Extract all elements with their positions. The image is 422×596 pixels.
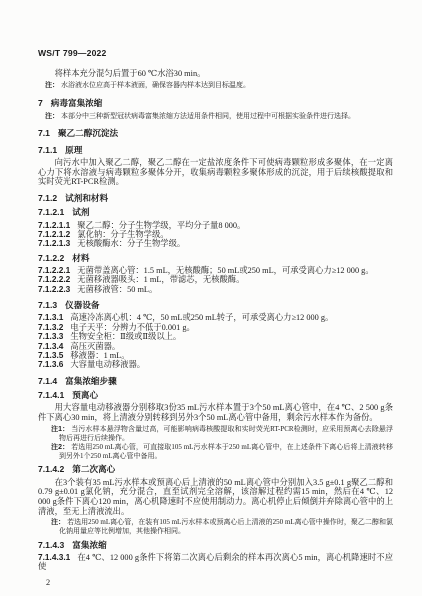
heading-title: 仪器设备 bbox=[65, 300, 99, 310]
clause-text: 无菌带盖离心管：1.5 mL，无核酸酶；50 mL或250 mL，可承受离心力≥… bbox=[77, 266, 373, 275]
paragraph-second-centrifugation: 在3个装有35 mL污水样本或预离心后上清液的50 mL离心管中分别加入3.5 … bbox=[38, 478, 393, 517]
clause-7-1-2-1-3: 7.1.2.1.3无核酸酶水：分子生物学级。 bbox=[38, 239, 393, 248]
clause-text: 氯化钠：分子生物学级。 bbox=[77, 230, 168, 239]
clause-number: 7.1.2.2.3 bbox=[38, 284, 70, 294]
clause-7-1-3-3: 7.1.3.3生物安全柜：Ⅱ级或Ⅱ级以上。 bbox=[38, 332, 393, 341]
note-label: 注： bbox=[45, 113, 59, 120]
heading-7-1-4-3-enrichment: 7.1.4.3富集浓缩 bbox=[38, 540, 393, 550]
heading-7-1-4-2-second-centrifugation: 7.1.4.2第二次离心 bbox=[38, 464, 393, 474]
note-text: 若选用250 mL离心管，在装有105 mL污水样本或预离心后上清液的250 m… bbox=[59, 518, 393, 535]
note-2-precentrifugation: 注2：若选用250 mL离心管，可直接取105 mL污水样本于250 mL离心管… bbox=[38, 443, 393, 460]
heading-number: 7.1.2 bbox=[38, 193, 57, 203]
heading-7-1-4-procedure: 7.1.4富集浓缩步骤 bbox=[38, 376, 393, 386]
note-text: 若选用250 mL离心管，可直接取105 mL污水样本于250 mL离心管中，在… bbox=[59, 443, 393, 460]
clause-7-1-2-1-2: 7.1.2.1.2氯化钠：分子生物学级。 bbox=[38, 230, 393, 239]
page-content: WS/T 799—2022 将样本充分混匀后置于60 ℃水浴30 min。 注：… bbox=[38, 48, 393, 587]
heading-title: 预离心 bbox=[72, 390, 98, 400]
heading-7-1-4-1-precentrifugation: 7.1.4.1预离心 bbox=[38, 390, 393, 400]
heading-7-1-2-reagents-materials: 7.1.2试剂和材料 bbox=[38, 193, 393, 203]
clause-text: 电子天平：分辨力不低于0.001 g。 bbox=[70, 323, 194, 332]
clause-7-1-3-4: 7.1.3.4高压灭菌器。 bbox=[38, 342, 393, 351]
page-number: 2 bbox=[38, 578, 393, 587]
clause-7-1-4-3-1: 7.1.4.3.1在4 ℃、12 000 g条件下将第二次离心后剩余的样本再次离… bbox=[38, 553, 393, 572]
heading-number: 7.1.2.2 bbox=[38, 253, 64, 263]
clause-number: 7.1.2.1.3 bbox=[38, 238, 70, 248]
standard-number: WS/T 799—2022 bbox=[38, 48, 393, 58]
heading-title: 聚乙二醇沉淀法 bbox=[58, 128, 118, 138]
clause-text: 聚乙二醇：分子生物学级，平均分子量8 000。 bbox=[77, 221, 245, 230]
clause-text: 无菌移液管：50 mL。 bbox=[77, 285, 157, 294]
paragraph-water-bath: 将样本充分混匀后置于60 ℃水浴30 min。 bbox=[38, 69, 393, 79]
document-page: WS/T 799—2022 将样本充分混匀后置于60 ℃水浴30 min。 注：… bbox=[0, 0, 422, 596]
heading-title: 原理 bbox=[65, 145, 82, 155]
heading-number: 7.1.4.3 bbox=[38, 540, 64, 550]
heading-title: 病毒富集浓缩 bbox=[51, 98, 103, 108]
note-label: 注2： bbox=[51, 444, 69, 451]
heading-number: 7.1.4.1 bbox=[38, 390, 64, 400]
clause-text: 高速冷冻离心机：4 ℃，50 mL或250 mL转子，可承受离心力≥12 000… bbox=[70, 313, 333, 322]
clause-text: 无核酸酶水：分子生物学级。 bbox=[77, 239, 185, 248]
clause-text: 在4 ℃、12 000 g条件下将第二次离心后剩余的样本再次离心5 min，离心… bbox=[38, 553, 393, 571]
clause-text: 高压灭菌器。 bbox=[70, 342, 120, 351]
clause-7-1-3-5: 7.1.3.5移液器：1 mL。 bbox=[38, 351, 393, 360]
note-1-precentrifugation: 注1：当污水样本悬浮物含量过高，可能影响病毒核酸提取和实时荧光RT-PCR检测时… bbox=[38, 425, 393, 442]
heading-title: 富集浓缩步骤 bbox=[65, 376, 117, 386]
heading-7-1-2-1-reagents: 7.1.2.1试剂 bbox=[38, 207, 393, 217]
clause-number: 7.1.3.6 bbox=[38, 359, 63, 369]
heading-title: 试剂和材料 bbox=[65, 193, 108, 203]
note-label: 注1： bbox=[51, 426, 69, 433]
heading-title: 试剂 bbox=[72, 207, 89, 217]
clause-number: 7.1.3.1 bbox=[38, 312, 63, 322]
clause-text: 无菌移液器吸头：1 mL，带滤芯，无核酸酶。 bbox=[77, 275, 244, 284]
note-water-bath: 注：水浴液水位应高于样本液面，确保容器内样本达到目标温度。 bbox=[38, 81, 393, 90]
clause-7-1-3-2: 7.1.3.2电子天平：分辨力不低于0.001 g。 bbox=[38, 323, 393, 332]
paragraph-precentrifugation: 用大容量电动移液器分别移取3份35 mL污水样本置于3个50 mL离心管中，在4… bbox=[38, 403, 393, 422]
heading-title: 第二次离心 bbox=[72, 464, 115, 474]
note-text: 本部分中三种新型冠状病毒富集浓缩方法适用条件相同，使用过程中可根据实验条件进行选… bbox=[61, 112, 355, 120]
note-label: 注： bbox=[45, 82, 59, 89]
heading-7-1-peg-method: 7.1聚乙二醇沉淀法 bbox=[38, 128, 393, 138]
heading-number: 7.1.1 bbox=[38, 145, 57, 155]
heading-number: 7.1 bbox=[38, 128, 50, 138]
note-section-7: 注：本部分中三种新型冠状病毒富集浓缩方法适用条件相同，使用过程中可根据实验条件进… bbox=[38, 112, 393, 121]
clause-7-1-2-1-1: 7.1.2.1.1聚乙二醇：分子生物学级，平均分子量8 000。 bbox=[38, 221, 393, 230]
clause-text: 移液器：1 mL。 bbox=[70, 351, 129, 360]
heading-7-1-1-principle: 7.1.1原理 bbox=[38, 145, 393, 155]
heading-title: 富集浓缩 bbox=[72, 540, 106, 550]
clause-number: 7.1.3.3 bbox=[38, 331, 63, 341]
clause-number: 7.1.2.2.2 bbox=[38, 274, 70, 284]
heading-number: 7.1.4 bbox=[38, 376, 57, 386]
heading-number: 7.1.4.2 bbox=[38, 464, 64, 474]
clause-7-1-3-6: 7.1.3.6大容量电动移液器。 bbox=[38, 360, 393, 369]
heading-number: 7.1.2.1 bbox=[38, 207, 64, 217]
heading-title: 材料 bbox=[72, 253, 89, 263]
clause-7-1-2-2-1: 7.1.2.2.1无菌带盖离心管：1.5 mL，无核酸酶；50 mL或250 m… bbox=[38, 266, 393, 275]
heading-number: 7 bbox=[38, 98, 43, 108]
note-second-centrifugation: 注：若选用250 mL离心管，在装有105 mL污水样本或预离心后上清液的250… bbox=[38, 518, 393, 535]
note-label: 注： bbox=[51, 519, 65, 526]
clause-7-1-3-1: 7.1.3.1高速冷冻离心机：4 ℃，50 mL或250 mL转子，可承受离心力… bbox=[38, 313, 393, 322]
clause-text: 大容量电动移液器。 bbox=[70, 360, 145, 369]
clause-text: 生物安全柜：Ⅱ级或Ⅱ级以上。 bbox=[70, 332, 181, 341]
clause-7-1-2-2-3: 7.1.2.2.3无菌移液管：50 mL。 bbox=[38, 285, 393, 294]
heading-7-1-2-2-materials: 7.1.2.2材料 bbox=[38, 253, 393, 263]
clause-number: 7.1.4.3.1 bbox=[38, 552, 70, 562]
clause-7-1-2-2-2: 7.1.2.2.2无菌移液器吸头：1 mL，带滤芯，无核酸酶。 bbox=[38, 275, 393, 284]
note-text: 水浴液水位应高于样本液面，确保容器内样本达到目标温度。 bbox=[61, 81, 250, 89]
heading-number: 7.1.3 bbox=[38, 300, 57, 310]
heading-7-virus-enrichment: 7病毒富集浓缩 bbox=[38, 98, 393, 108]
heading-7-1-3-equipment: 7.1.3仪器设备 bbox=[38, 300, 393, 310]
paragraph-principle: 向污水中加入聚乙二醇，聚乙二醇在一定盐浓度条件下可使病毒颗粒形成多聚体，在一定离… bbox=[38, 158, 393, 187]
note-text: 当污水样本悬浮物含量过高，可能影响病毒核酸提取和实时荧光RT-PCR检测时，应采… bbox=[59, 425, 393, 442]
